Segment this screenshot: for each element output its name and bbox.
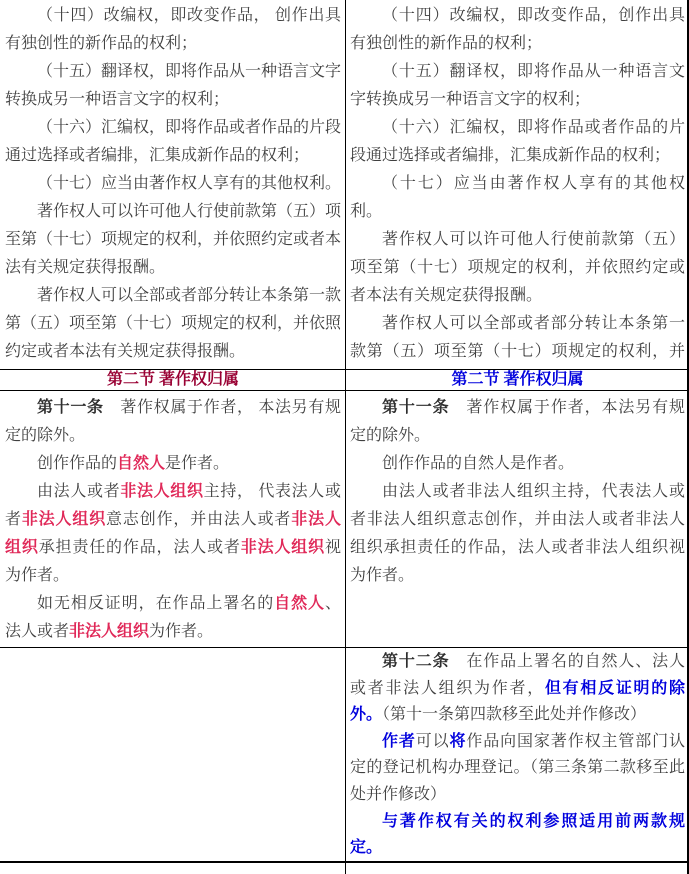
body-text: （十六）汇编权，即将作品或者作品的片段通过选择或者编排，汇集成新作品的权利；	[350, 119, 685, 164]
paragraph: 著作权人可以全部或者部分转让本条第一款第（五）项至第（十七）项规定的权利，并依照…	[350, 310, 685, 369]
paragraph: 第十一条 著作权属于作者，本法另有规定的除外。	[350, 394, 685, 450]
new-highlight-text: 与著作权有关的权利参照适用前两款规定。	[350, 813, 685, 857]
old-highlight-text: 非法人组织	[22, 511, 106, 528]
body-text: 意志创作，并由法人或者	[106, 511, 291, 528]
body-text: 著作权人可以全部或者部分转让本条第一款第（五）项至第（十七）项规定的权利，并依照…	[350, 315, 685, 369]
body-text: （十四）改编权，即改变作品， 创作出具有独创性的新作品的权利；	[5, 7, 341, 52]
body-text: （十四）改编权，即改变作品，创作出具有独创性的新作品的权利；	[350, 7, 685, 52]
old-article-11-cell: 第十一条 著作权属于作者， 本法另有规定的除外。创作作品的自然人是作者。由法人或…	[0, 391, 345, 647]
new-next-row-stub	[345, 863, 689, 874]
paragraph: 著作权人可以全部或者部分转让本条第一款第（五）项至第（十七）项规定的权利，并依照…	[5, 282, 341, 366]
old-highlight-text: 自然人	[117, 455, 165, 472]
new-article-11-cell: 第十一条 著作权属于作者，本法另有规定的除外。创作作品的自然人是作者。由法人或者…	[345, 391, 689, 647]
paragraph: 由法人或者非法人组织主持，代表法人或者非法人组织意志创作，并由法人或者非法人组织…	[350, 478, 685, 590]
body-text: 创作作品的	[37, 455, 117, 472]
body-text: 著作权人可以许可他人行使前款第（五）项至第（十七）项规定的权利，并依照约定或者本…	[5, 203, 341, 276]
paragraph: 第十二条 在作品上署名的自然人、法人或者非法人组织为作者，但有相反证明的除外。（…	[350, 649, 685, 729]
paragraph: 创作作品的自然人是作者。	[5, 450, 341, 478]
paragraph: （十七）应当由著作权人享有的其他权利。	[350, 170, 685, 226]
body-text: 著作权人可以许可他人行使前款第（五）项至第（十七）项规定的权利，并依照约定或者本…	[350, 231, 685, 304]
law-comparison-table: （十四）改编权，即改变作品， 创作出具有独创性的新作品的权利；（十五）翻译权，即…	[0, 0, 689, 874]
new-highlight-text: 将	[450, 733, 467, 750]
body-text: 由法人或者非法人组织主持，代表法人或者非法人组织意志创作，并由法人或者非法人组织…	[350, 483, 685, 584]
body-text: （十七）应当由著作权人享有的其他权利。	[350, 175, 685, 220]
article-number: 第十一条	[37, 399, 104, 416]
article-number: 第十一条	[382, 399, 450, 416]
new-text-rights-cell: （十四）改编权，即改变作品，创作出具有独创性的新作品的权利；（十五）翻译权，即将…	[345, 0, 689, 369]
old-section-header: 第二节 著作权归属	[0, 369, 345, 391]
body-text: （第十一条第四款移至此处并作修改）	[382, 706, 646, 723]
old-highlight-text: 非法人组织	[241, 539, 325, 556]
body-text: 创作作品的自然人是作者。	[382, 455, 574, 472]
body-text: （十五）翻译权，即将作品从一种语言文字转换成另一种语言文字的权利；	[350, 63, 685, 108]
new-article-12-cell: 第十二条 在作品上署名的自然人、法人或者非法人组织为作者，但有相反证明的除外。（…	[345, 647, 689, 863]
body-text: （十五）翻译权，即将作品从一种语言文字转换成另一种语言文字的权利；	[5, 63, 341, 108]
paragraph: （十四）改编权，即改变作品， 创作出具有独创性的新作品的权利；	[5, 2, 341, 58]
paragraph: 著作权人可以许可他人行使前款第（五）项至第（十七）项规定的权利，并依照约定或者本…	[5, 198, 341, 282]
body-text: 为作者。	[149, 623, 213, 640]
old-text-rights-cell: （十四）改编权，即改变作品， 创作出具有独创性的新作品的权利；（十五）翻译权，即…	[0, 0, 345, 369]
old-highlight-text: 非法人组织	[120, 483, 203, 500]
paragraph: 第十一条 著作权属于作者， 本法另有规定的除外。	[5, 394, 341, 450]
paragraph: （十六）汇编权，即将作品或者作品的片段通过选择或者编排，汇集成新作品的权利；	[350, 114, 685, 170]
old-highlight-text: 自然人	[274, 595, 325, 612]
paragraph: 著作权人可以许可他人行使前款第（五）项至第（十七）项规定的权利，并依照约定或者本…	[350, 226, 685, 310]
paragraph: （十五）翻译权，即将作品从一种语言文字转换成另一种语言文字的权利；	[5, 58, 341, 114]
paragraph: 作者可以将作品向国家著作权主管部门认定的登记机构办理登记。（第三条第二款移至此处…	[350, 729, 685, 809]
body-text: 著作权人可以全部或者部分转让本条第一款第（五）项至第（十七）项规定的权利，并依照…	[5, 287, 341, 360]
body-text: 是作者。	[165, 455, 229, 472]
old-highlight-text: 非法人组织	[69, 623, 149, 640]
body-text: 可以	[416, 733, 450, 750]
body-text: 由法人或者	[37, 483, 120, 500]
paragraph: （十六）汇编权，即将作品或者作品的片段通过选择或者编排，汇集成新作品的权利；	[5, 114, 341, 170]
article-number: 第十二条	[382, 653, 450, 670]
new-section-header: 第二节 著作权归属	[345, 369, 689, 391]
paragraph: （十五）翻译权，即将作品从一种语言文字转换成另一种语言文字的权利；	[350, 58, 685, 114]
body-text: 承担责任的作品，法人或者	[39, 539, 241, 556]
paragraph: 创作作品的自然人是作者。	[350, 450, 685, 478]
body-text: （十七）应当由著作权人享有的其他权利。	[37, 175, 341, 192]
body-text: （十六）汇编权，即将作品或者作品的片段通过选择或者编排，汇集成新作品的权利；	[5, 119, 341, 164]
paragraph: （十七）应当由著作权人享有的其他权利。	[5, 170, 341, 198]
paragraph: 如无相反证明，在作品上署名的自然人、法人或者非法人组织为作者。	[5, 590, 341, 646]
body-text: 如无相反证明，在作品上署名的	[37, 595, 274, 612]
paragraph: （十四）改编权，即改变作品，创作出具有独创性的新作品的权利；	[350, 2, 685, 58]
new-highlight-text: 作者	[382, 733, 416, 750]
paragraph: 与著作权有关的权利参照适用前两款规定。	[350, 809, 685, 862]
old-article-12-cell-empty	[0, 647, 345, 863]
old-next-row-stub	[0, 863, 345, 874]
paragraph: 由法人或者非法人组织主持， 代表法人或者非法人组织意志创作，并由法人或者非法人组…	[5, 478, 341, 590]
